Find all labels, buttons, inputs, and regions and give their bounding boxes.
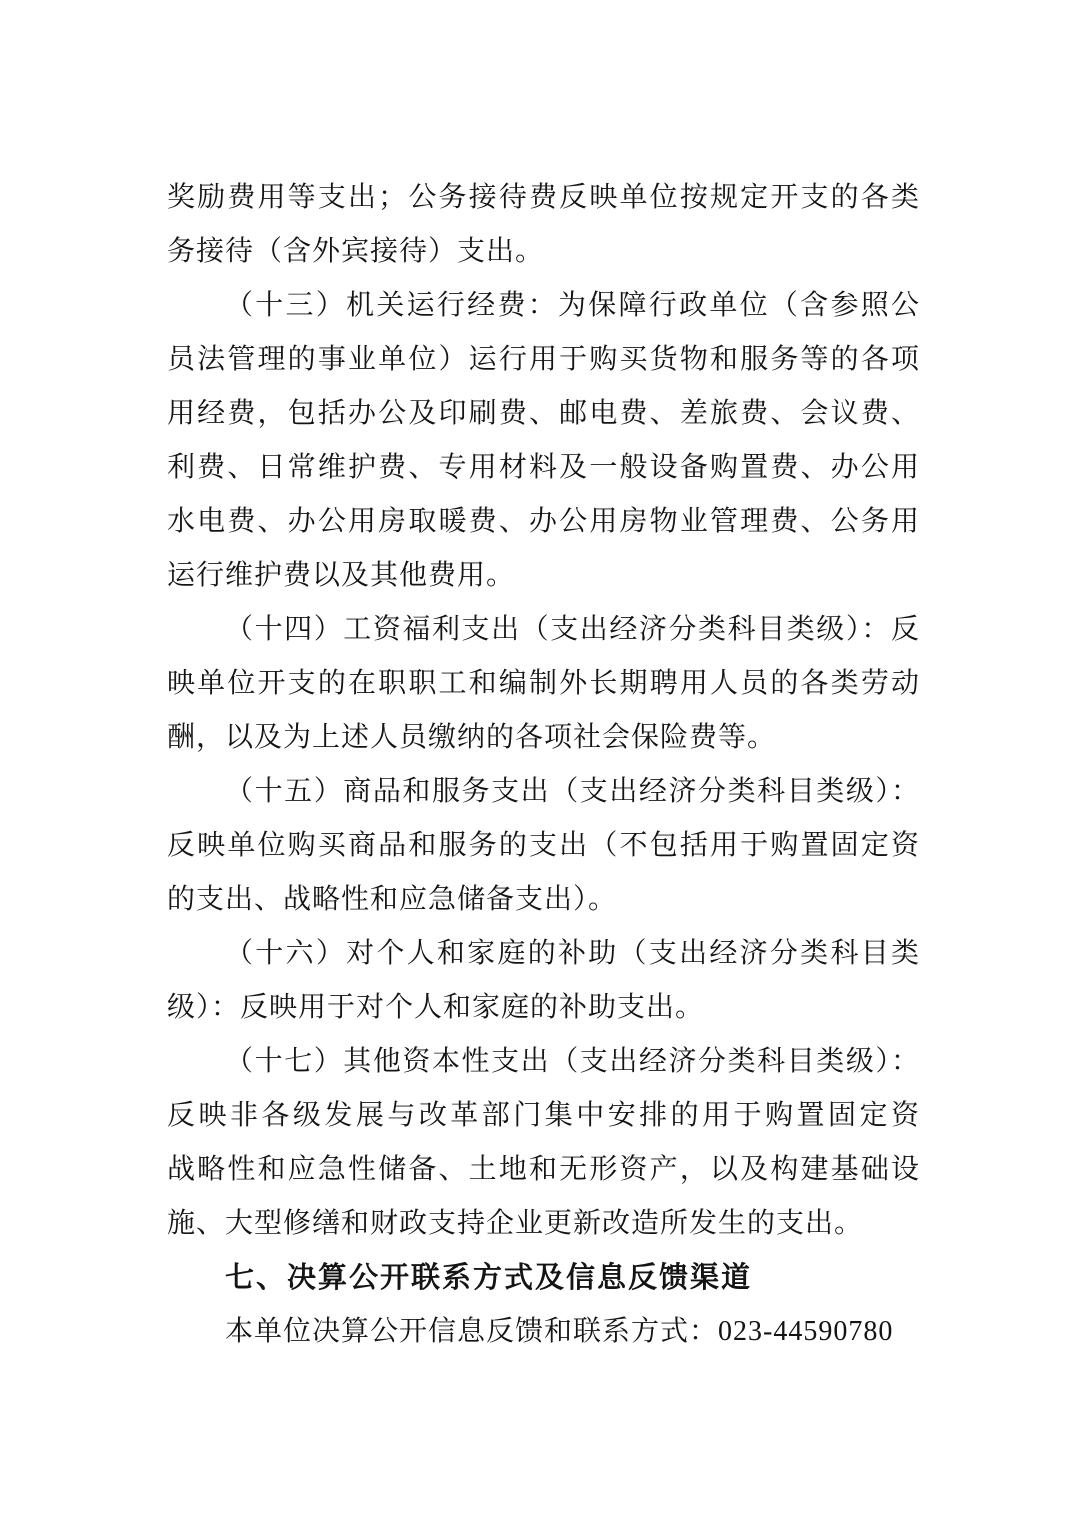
text-line: （十六）对个人和家庭的补助（支出经济分类科目类 [167, 927, 920, 981]
text-line: 奖励费用等支出；公务接待费反映单位按规定开支的各类公 [167, 171, 920, 225]
text-block: 奖励费用等支出；公务接待费反映单位按规定开支的各类公务接待（含外宾接待）支出。（… [167, 171, 920, 1359]
text-line: 水电费、办公用房取暖费、办公用房物业管理费、公务用车 [167, 495, 920, 549]
section-heading: 七、决算公开联系方式及信息反馈渠道 [167, 1251, 920, 1305]
text-line: 的支出、战略性和应急储备支出）。 [167, 873, 920, 927]
text-line: 运行维护费以及其他费用。 [167, 549, 920, 603]
text-line: 用经费，包括办公及印刷费、邮电费、差旅费、会议费、福 [167, 387, 920, 441]
text-line: 战略性和应急性储备、土地和无形资产，以及构建基础设 [167, 1143, 920, 1197]
text-line: 员法管理的事业单位）运行用于购买货物和服务等的各项公 [167, 333, 920, 387]
text-line: （十五）商品和服务支出（支出经济分类科目类级）： [167, 765, 920, 819]
text-line: 施、大型修缮和财政支持企业更新改造所发生的支出。 [167, 1197, 920, 1251]
text-line: （十四）工资福利支出（支出经济分类科目类级）：反 [167, 603, 920, 657]
text-line: 酬，以及为上述人员缴纳的各项社会保险费等。 [167, 711, 920, 765]
text-line: （十七）其他资本性支出（支出经济分类科目类级）： [167, 1035, 920, 1089]
text-line: 利费、日常维护费、专用材料及一般设备购置费、办公用房 [167, 441, 920, 495]
text-line: 映单位开支的在职职工和编制外长期聘用人员的各类劳动报 [167, 657, 920, 711]
text-line: （十三）机关运行经费：为保障行政单位（含参照公务 [167, 279, 920, 333]
text-line: 本单位决算公开信息反馈和联系方式：023-44590780 [167, 1305, 920, 1359]
text-line: 反映非各级发展与改革部门集中安排的用于购置固定资产、 [167, 1089, 920, 1143]
text-line: 务接待（含外宾接待）支出。 [167, 225, 920, 279]
document-page: 奖励费用等支出；公务接待费反映单位按规定开支的各类公务接待（含外宾接待）支出。（… [0, 0, 1075, 1521]
text-line: 反映单位购买商品和服务的支出（不包括用于购置固定资产 [167, 819, 920, 873]
text-line: 级）：反映用于对个人和家庭的补助支出。 [167, 981, 920, 1035]
